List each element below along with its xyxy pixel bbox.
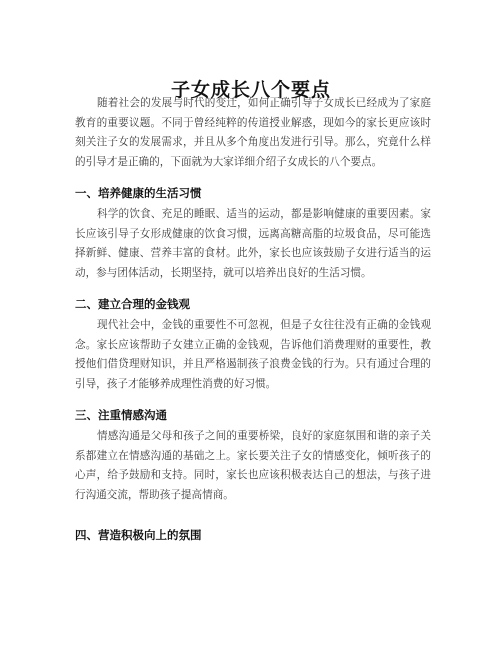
section-heading-1: 一、培养健康的生活习惯 [75, 185, 202, 201]
section-body-3: 情感沟通是父母和孩子之间的重要桥梁，良好的家庭氛围和谐的亲子关系都建立在情感沟通… [75, 427, 431, 505]
section-heading-3: 三、注重情感沟通 [75, 407, 167, 423]
section-heading-4: 四、营造积极向上的氛围 [75, 527, 202, 543]
section-body-1: 科学的饮食、充足的睡眠、适当的运动，都是影响健康的重要因素。家长应该引导子女形成… [75, 205, 431, 283]
section-body-2: 现代社会中，金钱的重要性不可忽视，但是子女往往没有正确的金钱观念。家长应该帮助子… [75, 316, 431, 394]
section-heading-2: 二、建立合理的金钱观 [75, 296, 190, 312]
document-page: 子女成长八个要点 随着社会的发展与时代的变迁，如何正确引导子女成长已经成为了家庭… [0, 0, 502, 649]
intro-paragraph: 随着社会的发展与时代的变迁，如何正确引导子女成长已经成为了家庭教育的重要议题。不… [75, 94, 431, 172]
